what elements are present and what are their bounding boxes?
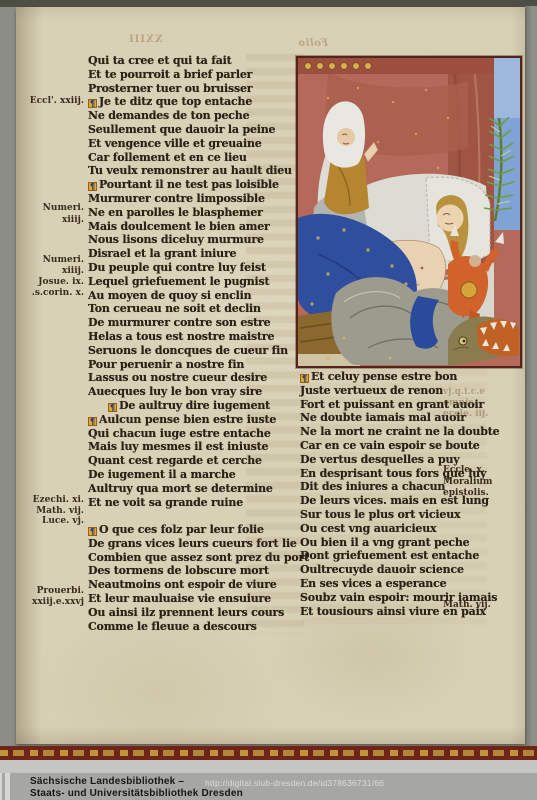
poem-line: Du peuple qui contre luy feist: [88, 261, 304, 275]
margin-note: Ezechi. xi.: [20, 495, 84, 506]
margin-note: Numeri.: [20, 203, 84, 214]
poem-line: Et te pourroit a brief parler: [88, 68, 304, 82]
paragraph-mark-icon: ¶: [88, 182, 97, 191]
poem-line: Au moyen de quoy si enclin: [88, 289, 304, 303]
poem-line: Nous lisons diceluy murmure: [88, 233, 304, 247]
poem-line: Pour peruenir a nostre fin: [88, 358, 304, 372]
poem-line: Qui chacun iuge estre entache: [88, 427, 304, 441]
poem-line: Comme le fleuue a descours: [88, 620, 304, 634]
poem-line: Quant cest regarde et cerche: [88, 454, 304, 468]
miniature-painting: [298, 58, 520, 366]
poem-line: Murmurer contre limpossible: [88, 192, 304, 206]
margin-note: Luce. vj.: [20, 516, 84, 527]
photo-backdrop: [525, 6, 537, 746]
calibration-stripe: [5, 773, 10, 800]
paragraph-mark-icon: ¶: [88, 99, 97, 108]
margin-note: Eccle. x.: [443, 465, 485, 476]
deathbed-miniature: [296, 56, 522, 368]
margin-note: .s.corin. x.: [20, 288, 84, 299]
poem-line: ¶O que ces folz par leur folie: [88, 523, 304, 537]
poem-line: De grans vices leurs cueurs fort lie: [88, 537, 304, 551]
manuscript-page: XXIII Folio Qui ta cree et qui ta faitEt…: [16, 7, 525, 744]
poem-line: Lequel griefuement le pugnist: [88, 275, 304, 289]
poem-line: Mais doulcement le bien amer: [88, 220, 304, 234]
poem-line: Helas a tous est nostre maistre: [88, 330, 304, 344]
paragraph-mark-icon: ¶: [88, 417, 97, 426]
poem-line: Ne en parolles le blasphemer: [88, 206, 304, 220]
margin-note: Moralium: [443, 477, 492, 488]
poem-line: Seruons le doncques de cueur fin: [88, 344, 304, 358]
poem-line: De iugement il a marche: [88, 468, 304, 482]
paragraph-mark-icon: ¶: [300, 374, 309, 383]
margin-note: vj.q.i.c.e: [443, 387, 485, 398]
margin-note: Eccl'. xxiij.: [20, 96, 84, 107]
margin-note: omnis.: [443, 398, 477, 409]
poem-line: Combien que assez sont prez du port: [88, 551, 304, 565]
gold-tooling: [0, 750, 537, 756]
margin-note: epistolis.: [443, 488, 489, 499]
poem-line: Disrael et la grant iniure: [88, 247, 304, 261]
poem-line: Et ne voit sa grande ruine: [88, 496, 304, 510]
margin-note: Prouerbi.: [20, 586, 84, 597]
poem-line: De murmurer contre son estre: [88, 316, 304, 330]
poem-line: Aultruy qua mort se determine: [88, 482, 304, 496]
poem-line: Ou ainsi ilz prennent leurs cours: [88, 606, 304, 620]
poem-line: Ton cerueau ne soit et declin: [88, 302, 304, 316]
poem-line: Auecques luy le bon vray sire: [88, 385, 304, 399]
paragraph-mark-icon: ¶: [108, 403, 117, 412]
folio-word-bleed: Folio: [298, 38, 328, 49]
scanned-manuscript-viewer: XXIII Folio Qui ta cree et qui ta faitEt…: [0, 0, 537, 800]
poem-line: ¶Je te ditz que top entache: [88, 95, 304, 109]
margin-note: Josue. ix.: [20, 277, 84, 288]
library-name-line2: Staats- und Universitätsbibliothek Dresd…: [30, 788, 243, 800]
poem-column-left: Qui ta cree et qui ta faitEt te pourroit…: [88, 54, 304, 633]
poem-line: Lassus ou nostre cueur desire: [88, 371, 304, 385]
poem-line: Qui ta cree et qui ta fait: [88, 54, 304, 68]
margin-note: xiiij.: [20, 266, 84, 277]
margin-note: Math. vij.: [443, 600, 491, 611]
scan-caption-bar: Sächsische Landesbibliothek – Staats- un…: [0, 773, 537, 800]
margin-citations-left: Eccl'. xxiij.Numeri.xiiij.Numeri.xiiij.J…: [20, 7, 84, 744]
poem-line: Prosterner tuer ou bruisser: [88, 82, 304, 96]
poem-line: Et vengence ville et greuaine: [88, 137, 304, 151]
paragraph-mark-icon: ¶: [88, 527, 97, 536]
margin-note: eccle. iij.: [443, 409, 488, 420]
margin-note: xiiij.: [20, 215, 84, 226]
poem-line: ¶De aultruy dire iugement: [88, 399, 304, 413]
poem-line: Car follement et en ce lieu: [88, 151, 304, 165]
poem-line: Mais luy mesmes il est iniuste: [88, 440, 304, 454]
photo-top-edge: [0, 0, 537, 7]
poem-line: [88, 509, 304, 523]
margin-note: Numeri.: [20, 255, 84, 266]
poem-line: ¶Aulcun pense bien estre iuste: [88, 413, 304, 427]
poem-line: Neautmoins ont espoir de viure: [88, 578, 304, 592]
poem-line: Ne demandes de ton peche: [88, 109, 304, 123]
table-surface: [0, 760, 537, 773]
calibration-stripe: [0, 773, 2, 800]
poem-line: ¶Pourtant il ne test pas loisible: [88, 178, 304, 192]
margin-note: xxiij.e.xxvj: [20, 597, 84, 608]
folio-number-bleed: XXIII: [128, 34, 163, 45]
digital-object-url: http://digital.slub-dresden.de/id3786367…: [205, 778, 384, 788]
poem-line: Seullement que dauoir la peine: [88, 123, 304, 137]
poem-line: Des tormens de lobscure mort: [88, 564, 304, 578]
poem-line: Tu veulx remonstrer au hault dieu: [88, 164, 304, 178]
poem-line: Et leur mauluaise vie ensuiure: [88, 592, 304, 606]
gilt-page-edge: [0, 746, 537, 760]
